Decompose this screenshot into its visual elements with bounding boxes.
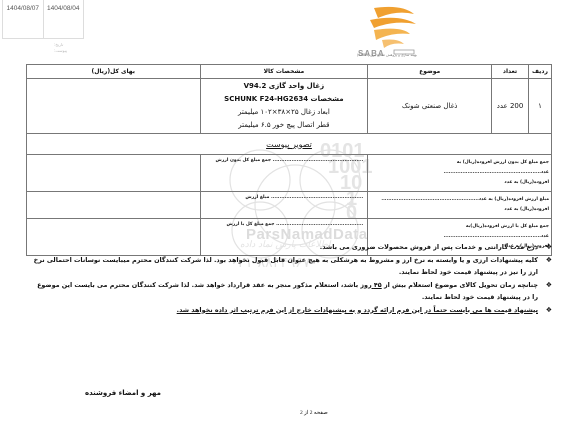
spec-line: زغال واحد گازی V94.2 xyxy=(201,80,368,93)
col-header-total-price: بهای کل(ریال) xyxy=(27,65,201,79)
spec-line: ابعاد زغال ۲۵×۳۸×۱۰۲ میلیمتر xyxy=(201,106,368,119)
attachment-row: تصویر پیوست xyxy=(27,134,552,155)
page-number: صفحه 2 از 2 xyxy=(300,410,328,416)
col-header-row: ردیف xyxy=(529,65,552,79)
diamond-bullet-icon: ❖ xyxy=(546,304,552,317)
date-label: تاریخ: xyxy=(54,42,63,47)
summary-mid: ........................................… xyxy=(200,192,368,219)
cell-count: 200 عدد xyxy=(492,79,529,134)
quote-table: ردیف تعداد موضوع مشخصات کالا بهای کل(ریا… xyxy=(26,64,552,256)
note-item: ❖ درج مدت گارانتی و خدمات پس از فروش محص… xyxy=(32,241,552,254)
attachment-label: تصویر پیوست xyxy=(27,134,552,155)
date-1: 1404/08/07 xyxy=(3,0,43,38)
summary-mid: ........................................… xyxy=(200,155,368,192)
summary-value[interactable] xyxy=(27,155,201,192)
cell-spec: زغال واحد گازی V94.2 مشخصات SCHUNK F24-H… xyxy=(200,79,368,134)
table-header-row: ردیف تعداد موضوع مشخصات کالا بهای کل(ریا… xyxy=(27,65,552,79)
summary-right: جمع مبلغ کل بدون ارزش افزوده(ریال) به عد… xyxy=(368,155,552,192)
cell-subject: ذغال صنعتی شونک xyxy=(368,79,492,134)
summary-row: جمع مبلغ کل بدون ارزش افزوده(ریال) به عد… xyxy=(27,155,552,192)
attachment-label: پیوست: xyxy=(54,48,67,53)
summary-row: مبلغ ارزش افزوده(ریال) به عدد...........… xyxy=(27,192,552,219)
col-header-subject: موضوع xyxy=(368,65,492,79)
seller-signature-label: مهر و امضاء فروشنده xyxy=(85,389,161,397)
date-2: 1404/08/04 xyxy=(43,0,84,38)
summary-value[interactable] xyxy=(27,192,201,219)
note-item: ❖ پیشنهاد قیمت ها می بایست حتماً در این … xyxy=(32,304,552,317)
note-item: ❖ چنانچه زمان تحویل کالای موضوع استعلام … xyxy=(32,279,552,304)
col-header-spec: مشخصات کالا xyxy=(200,65,368,79)
note-item: ❖ کلیه پیشنهادات ارزی و یا وابسته به نرخ… xyxy=(32,254,552,279)
diamond-bullet-icon: ❖ xyxy=(546,279,552,292)
cell-row: ۱ xyxy=(529,79,552,134)
spec-line: مشخصات SCHUNK F24-HG2634 xyxy=(201,93,368,106)
diamond-bullet-icon: ❖ xyxy=(546,241,552,254)
table-row: ۱ 200 عدد ذغال صنعتی شونک زغال واحد گازی… xyxy=(27,79,552,134)
notes-list: ❖ درج مدت گارانتی و خدمات پس از فروش محص… xyxy=(32,241,552,316)
logo-caption: بهینه سازی و پژوهش صنایع برق (SABA) xyxy=(342,53,432,57)
spec-line: قطر اتصال پیچ خور ۶.۵ میلیمتر xyxy=(201,119,368,132)
col-header-count: تعداد xyxy=(492,65,529,79)
date-box: 1404/08/07 1404/08/04 xyxy=(2,0,84,39)
summary-right: مبلغ ارزش افزوده(ریال) به عدد...........… xyxy=(368,192,552,219)
diamond-bullet-icon: ❖ xyxy=(546,254,552,267)
cell-total-price xyxy=(27,79,201,134)
